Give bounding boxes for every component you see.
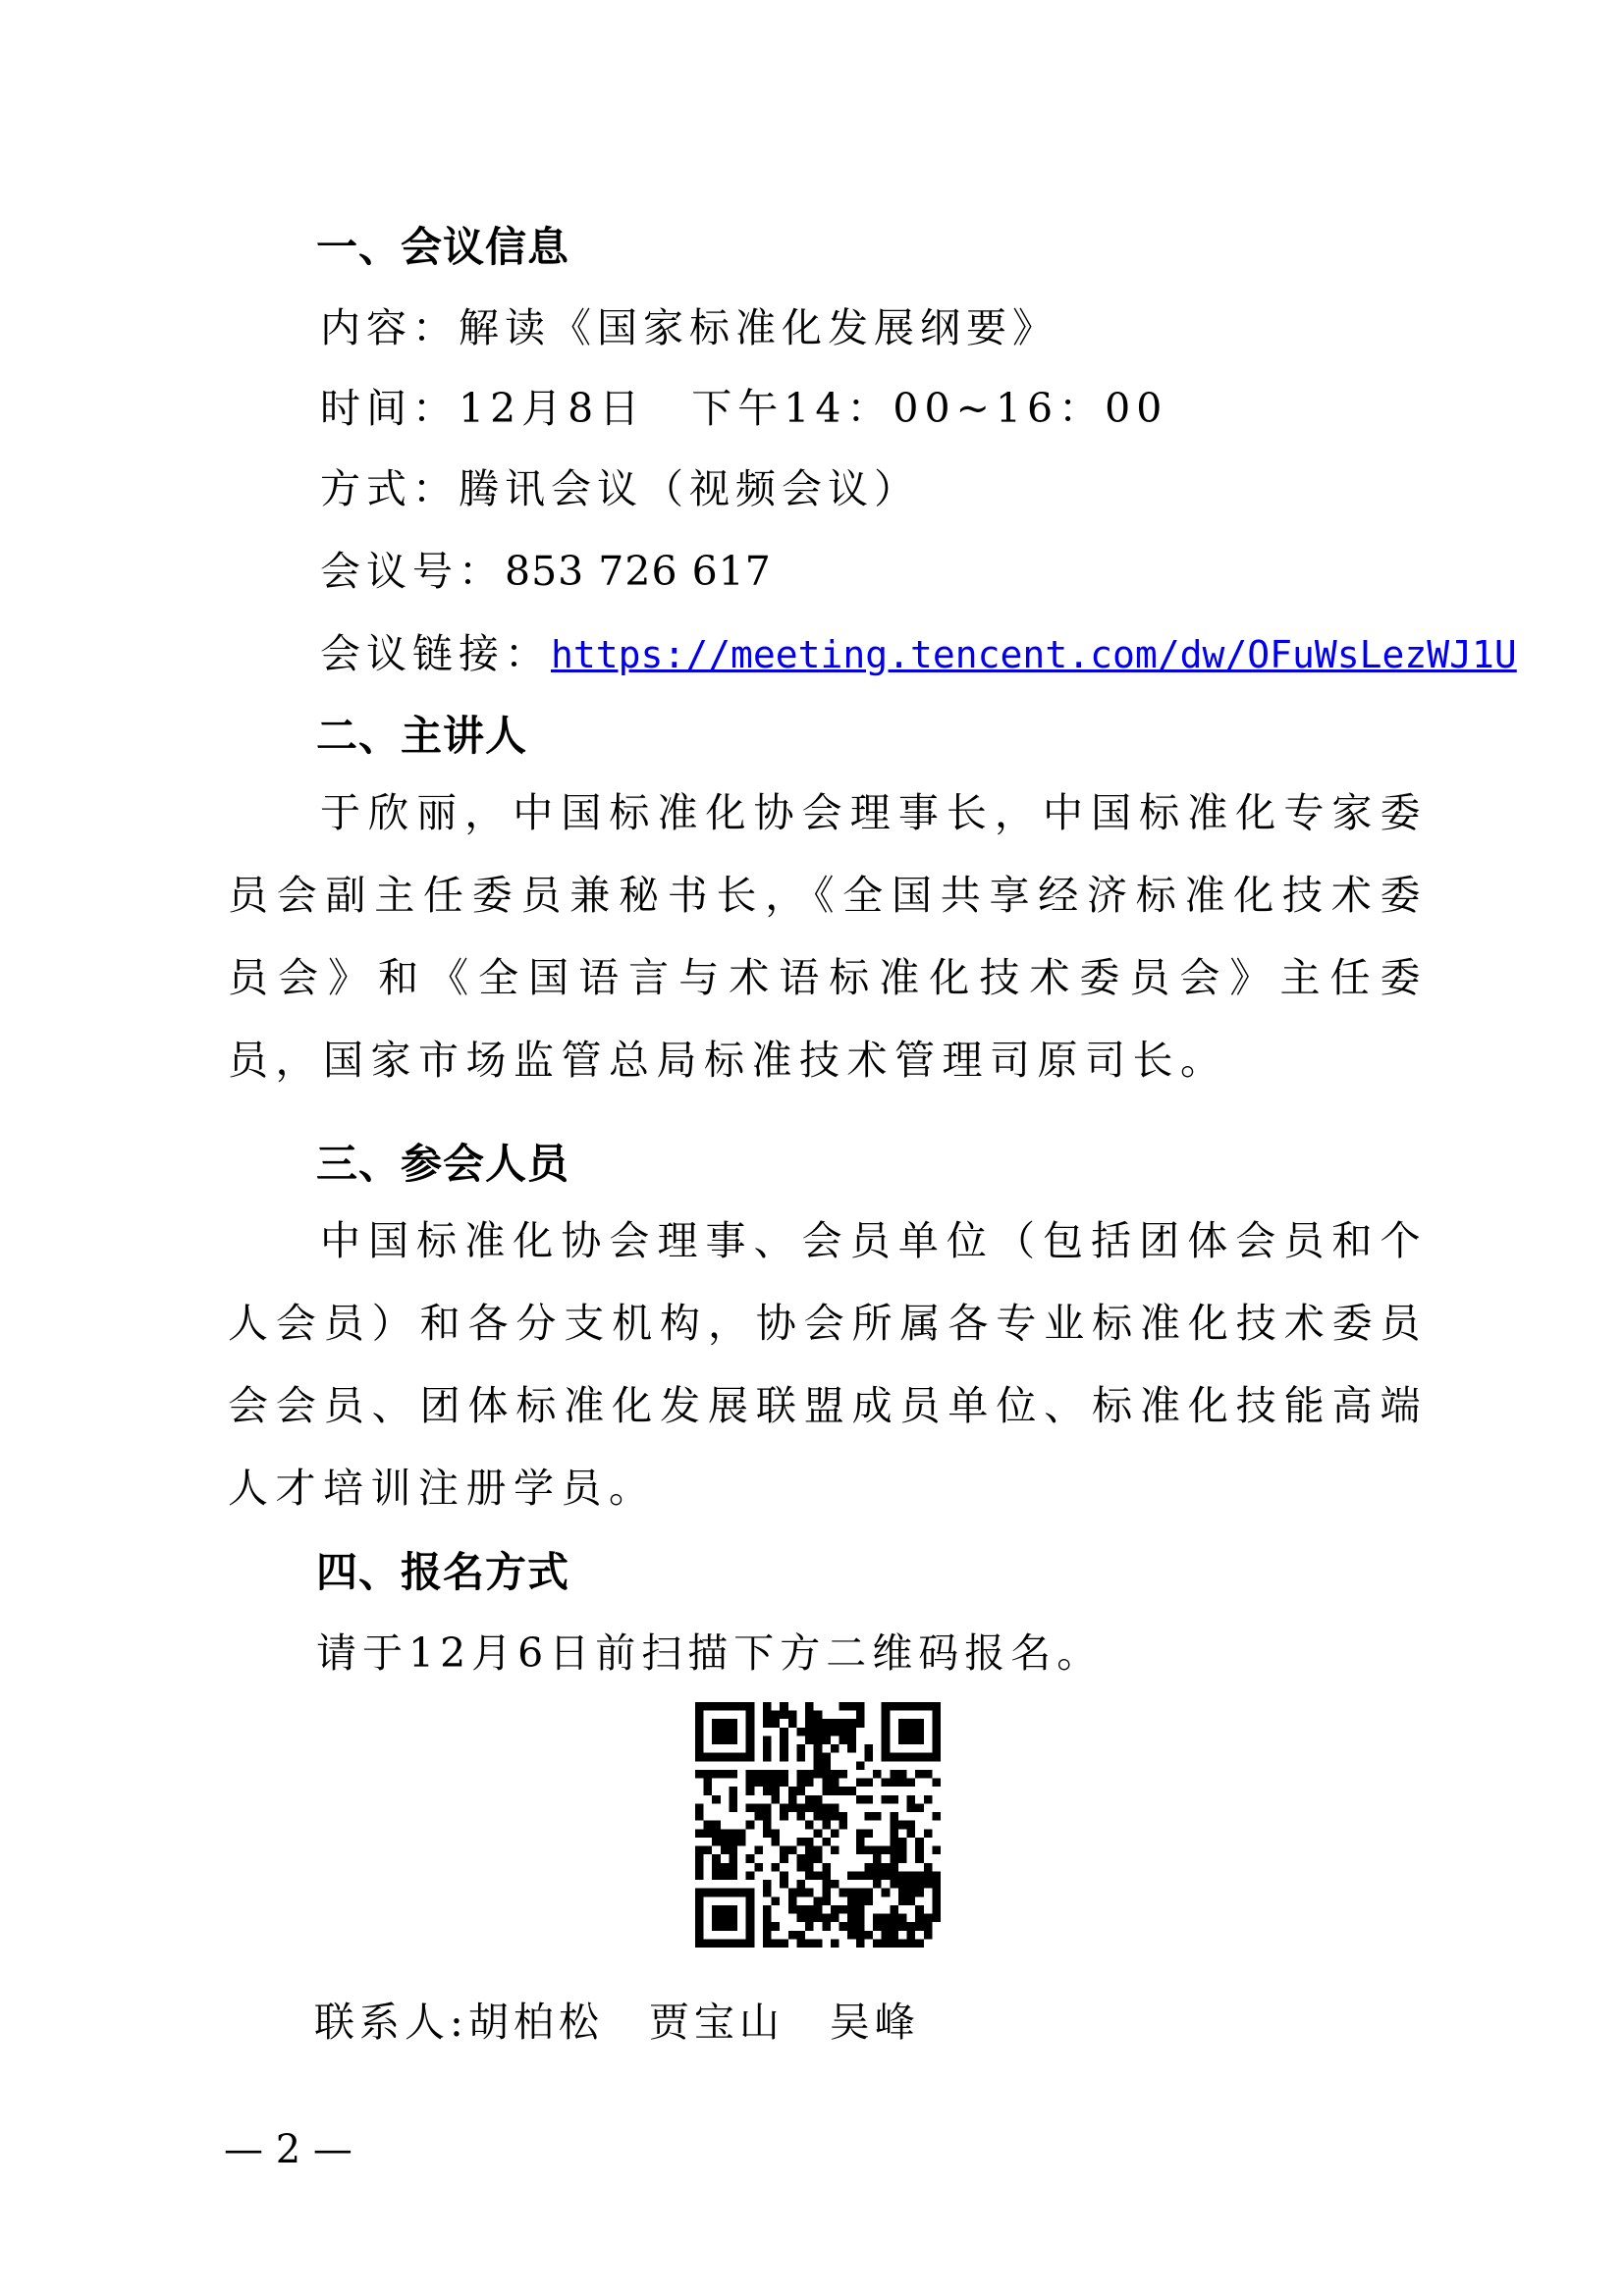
meeting-link[interactable]: https://meeting.tencent.com/dw/OFuWsLezW…	[551, 633, 1517, 676]
section-heading-attendees: 三、参会人员	[316, 1135, 569, 1194]
contact-persons: 联系人:胡柏松 贾宝山 吴峰	[314, 1993, 920, 2052]
mode-label: 方式：	[320, 465, 459, 512]
section-heading-speaker: 二、主讲人	[316, 707, 527, 766]
document-page: 一、会议信息 内容：解读《国家标准化发展纲要》 时间：12月8日 下午14：00…	[0, 0, 1624, 2296]
section-heading-meeting-info: 一、会议信息	[316, 218, 569, 277]
meeting-id-line: 会议号：853 726 617	[320, 542, 772, 601]
registration-qr-code	[695, 1702, 941, 1948]
speaker-paragraph: 于欣丽，中国标准化协会理事长，中国标准化专家委员会副主任委员兼秘书长，《全国共享…	[228, 772, 1428, 1101]
mode-line: 方式：腾讯会议（视频会议）	[320, 459, 920, 518]
time-label: 时间：	[320, 385, 459, 432]
meeting-link-line: 会议链接：https://meeting.tencent.com/dw/OFuW…	[320, 624, 1517, 684]
time-line: 时间：12月8日 下午14：00~16：00	[320, 379, 1167, 438]
meeting-id-label: 会议号：	[320, 548, 505, 595]
time-value: 12月8日 下午14：00~16：00	[459, 385, 1167, 432]
section-heading-registration: 四、报名方式	[316, 1543, 569, 1602]
registration-instruction: 请于12月6日前扫描下方二维码报名。	[316, 1624, 1103, 1682]
content-label: 内容：	[320, 304, 459, 351]
attendees-paragraph: 中国标准化协会理事、会员单位（包括团体会员和个人会员）和各分支机构，协会所属各专…	[228, 1200, 1428, 1529]
meeting-link-label: 会议链接：	[320, 630, 551, 677]
page-number: — 2 —	[224, 2120, 352, 2179]
content-line: 内容：解读《国家标准化发展纲要》	[320, 298, 1058, 357]
content-value: 解读《国家标准化发展纲要》	[459, 304, 1058, 351]
mode-value: 腾讯会议（视频会议）	[459, 465, 920, 512]
qr-code-icon	[695, 1702, 941, 1948]
meeting-id-value: 853 726 617	[505, 548, 772, 595]
